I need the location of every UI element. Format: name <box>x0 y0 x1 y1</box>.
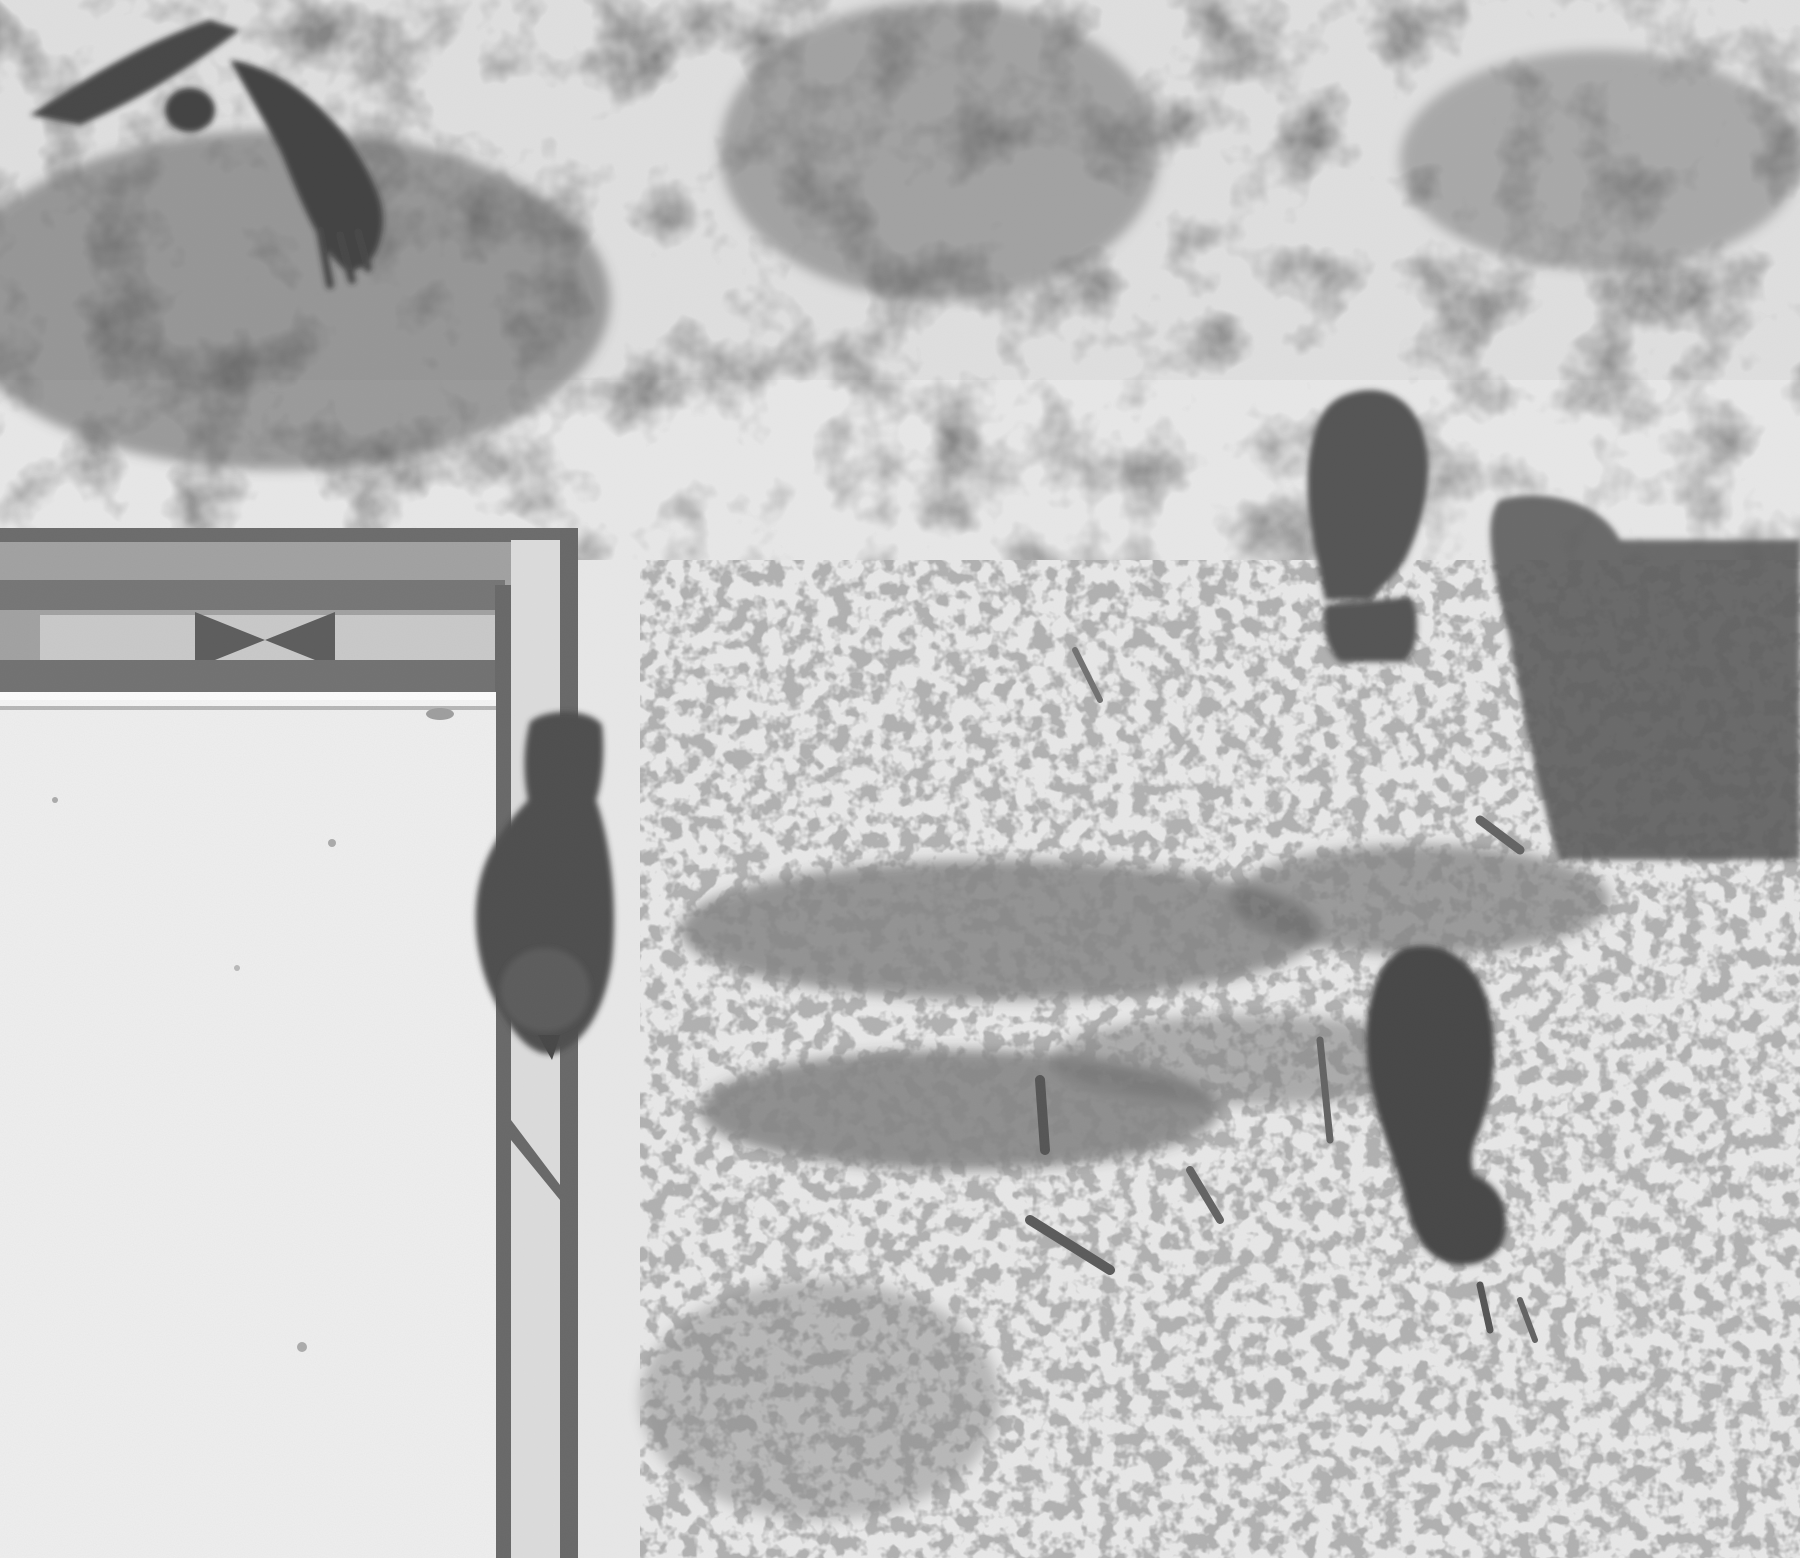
photo-canvas <box>0 0 1800 1558</box>
photo-scene <box>0 0 1800 1558</box>
